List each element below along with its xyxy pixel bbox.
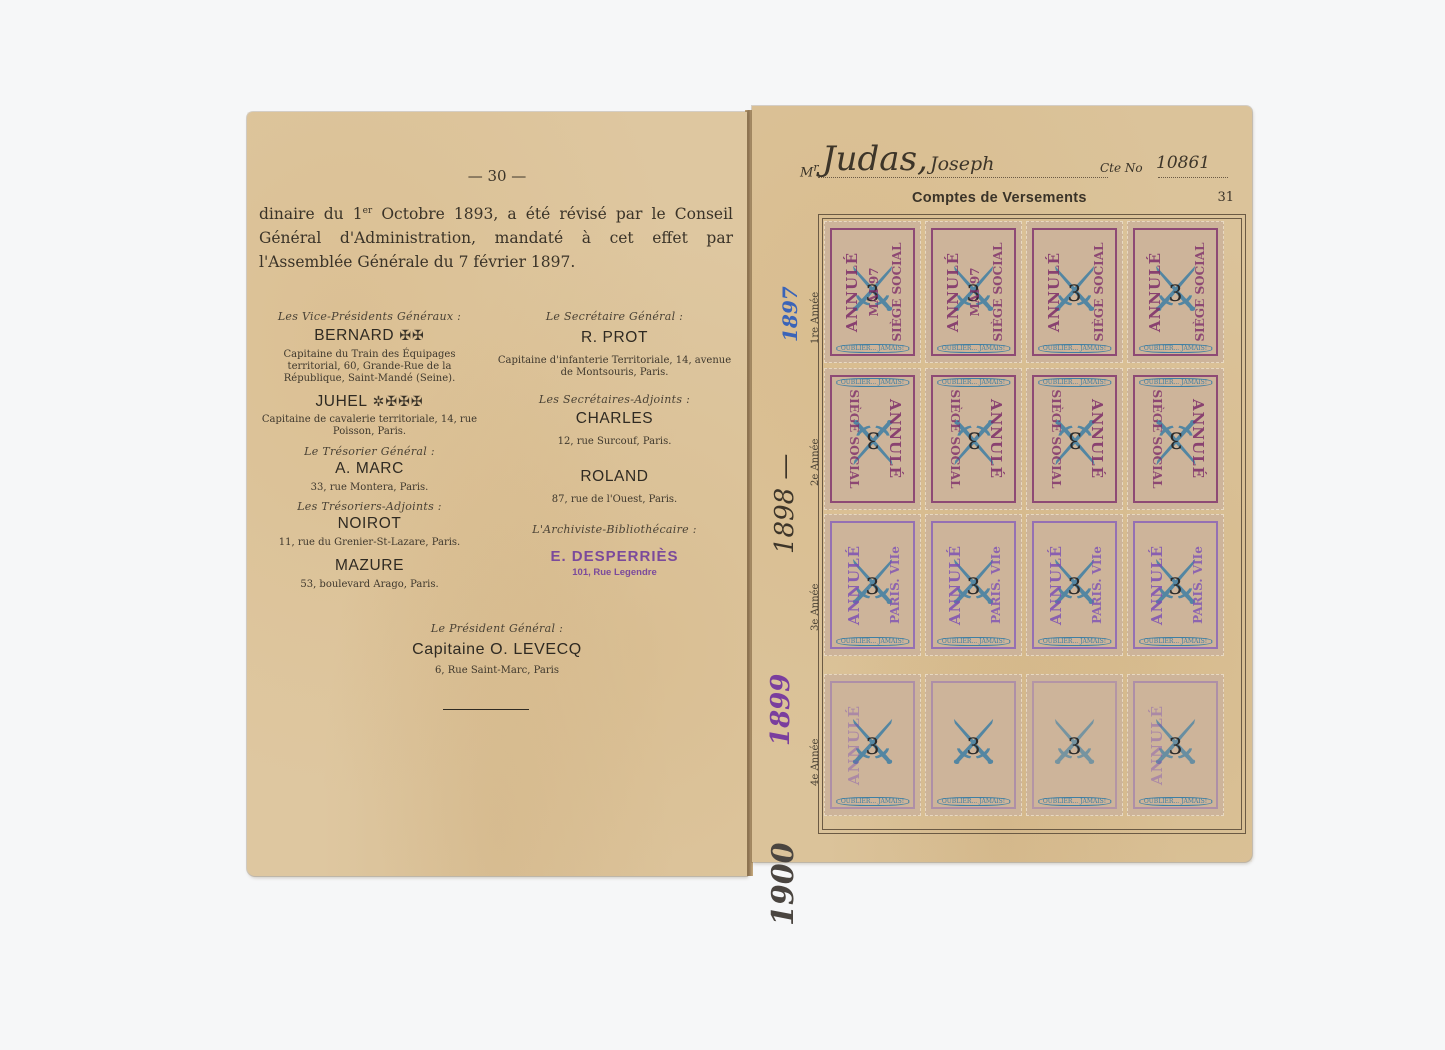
name-marc: A. MARC (257, 460, 482, 478)
year-label-3: 3e Année (810, 584, 821, 631)
intro-paragraph: dinaire du 1er Octobre 1893, a été révis… (259, 199, 733, 274)
stamp: 3OUBLIER... JAMAIS! (1026, 674, 1123, 816)
number-dotted-line (1158, 177, 1228, 178)
left-page: — 30 — dinaire du 1er Octobre 1893, a ét… (247, 112, 747, 876)
addr-prot: Capitaine d'infanterie Territoriale, 14,… (497, 355, 732, 379)
role-president: Le Président Général : (347, 622, 647, 635)
handwritten-year-1900: 1900 (766, 843, 801, 927)
name-prot: R. PROT (497, 329, 732, 347)
handwritten-year-1897: 1897 (778, 286, 802, 342)
right-page: Mr Judas, Joseph Cte No 10861 Comptes de… (752, 106, 1252, 862)
stamp-row-1900: 3ANNULÉOUBLIER... JAMAIS! 3OUBLIER... JA… (824, 674, 1224, 816)
addr-charles: 12, rue Surcouf, Paris. (497, 436, 732, 448)
president-block: Le Président Général : Capitaine O. LEVE… (347, 622, 647, 677)
name-bernard: BERNARD (314, 327, 394, 344)
archivist-addr-stamp: 101, Rue Legendre (497, 567, 732, 578)
addr-roland: 87, rue de l'Ouest, Paris. (497, 494, 732, 506)
addr-noirot: 11, rue du Grenier-St-Lazare, Paris. (257, 537, 482, 549)
stamp: 3ANNULÉOUBLIER... JAMAIS! (824, 674, 921, 816)
role-vice-presidents: Les Vice-Présidents Généraux : (257, 310, 482, 323)
archivist-name-stamp: E. DESPERRIÈS (497, 548, 732, 565)
stamp-row-1899: 3ANNULÉPARIS. VIIeOUBLIER... JAMAIS! 3AN… (824, 514, 1224, 656)
intro-text-1: dinaire du 1 (259, 205, 363, 223)
addr-levecq: 6, Rue Saint-Marc, Paris (347, 665, 647, 677)
intro-sup: er (363, 206, 373, 216)
role-archivist: L'Archiviste-Bibliothécaire : (497, 523, 732, 536)
section-title: Comptes de Versements (912, 190, 1087, 206)
role-secretaries-adjoints: Les Secrétaires-Adjoints : (497, 393, 732, 406)
officers-right-column: Le Secrétaire Général : R. PROT Capitain… (497, 310, 732, 578)
stamp-row-1897: 3ANNULÉMAI 97SIÈGE SOCIALOUBLIER... JAMA… (824, 221, 1224, 363)
handwritten-member-number: 10861 (1156, 153, 1210, 173)
name-levecq: Capitaine O. LEVECQ (347, 641, 647, 659)
year-label-4: 4e Année (810, 739, 821, 786)
stamp: 3ANNULÉSIÈGE SOCIALOUBLIER... JAMAIS! (1127, 221, 1224, 363)
name-charles: CHARLES (497, 410, 732, 428)
addr-mazure: 53, boulevard Arago, Paris. (257, 579, 482, 591)
stamp: 3ANNULÉOUBLIER... JAMAIS! (1127, 674, 1224, 816)
stamp: 3ANNULÉPARIS. VIIeOUBLIER... JAMAIS! (824, 514, 921, 656)
decoration-icon: ✲✠✠✠ (373, 394, 424, 410)
mr-label: Mr (800, 161, 819, 180)
page-number-right: 31 (1217, 190, 1234, 205)
stamp: 3ANNULÉSIÈGE SOCIALOUBLIER... JAMAIS! (1026, 368, 1123, 510)
role-treasurers-adjoints: Les Trésoriers-Adjoints : (257, 500, 482, 513)
year-label-1: 1re Année (810, 292, 821, 344)
decoration-icon: ✠✠ (399, 328, 424, 344)
stamp: 3ANNULÉPARIS. VIIeOUBLIER... JAMAIS! (1127, 514, 1224, 656)
stamp: 3ANNULÉPARIS. VIIeOUBLIER... JAMAIS! (925, 514, 1022, 656)
page-number-left: — 30 — (247, 167, 747, 185)
handwritten-surname: Judas, (822, 139, 928, 179)
name-juhel: JUHEL (315, 393, 367, 410)
name-noirot: NOIROT (257, 515, 482, 533)
handwritten-firstname: Joseph (930, 153, 994, 175)
role-secretary: Le Secrétaire Général : (497, 310, 732, 323)
addr-marc: 33, rue Montera, Paris. (257, 482, 482, 494)
stamp: 3ANNULÉSIÈGE SOCIALOUBLIER... JAMAIS! (1026, 221, 1123, 363)
stamp: 3ANNULÉSIÈGE SOCIALOUBLIER... JAMAIS! (1127, 368, 1224, 510)
divider-rule (443, 709, 529, 710)
name-mazure: MAZURE (257, 557, 482, 575)
stamp: 3ANNULÉSIÈGE SOCIALOUBLIER... JAMAIS! (925, 368, 1022, 510)
addr-juhel: Capitaine de cavalerie territoriale, 14,… (257, 414, 482, 438)
handwritten-year-1898: 1898 — (770, 454, 800, 554)
stamp-row-1898: 3ANNULÉSIÈGE SOCIALOUBLIER... JAMAIS! 3A… (824, 368, 1224, 510)
stamp: 3OUBLIER... JAMAIS! (925, 674, 1022, 816)
addr-bernard: Capitaine du Train des Équipages territo… (257, 349, 482, 385)
role-treasurer: Le Trésorier Général : (257, 445, 482, 458)
handwritten-year-1899: 1899 (766, 674, 796, 746)
stamp: 3ANNULÉSIÈGE SOCIALOUBLIER... JAMAIS! (824, 368, 921, 510)
stamp: 3ANNULÉPARIS. VIIeOUBLIER... JAMAIS! (1026, 514, 1123, 656)
name-roland: ROLAND (497, 468, 732, 486)
cte-label: Cte No (1100, 161, 1143, 175)
stamp: 3ANNULÉMAI 97SIÈGE SOCIALOUBLIER... JAMA… (925, 221, 1022, 363)
officers-left-column: Les Vice-Présidents Généraux : BERNARD ✠… (257, 310, 482, 591)
year-label-2: 2e Année (810, 439, 821, 486)
stamp: 3ANNULÉMAI 97SIÈGE SOCIALOUBLIER... JAMA… (824, 221, 921, 363)
